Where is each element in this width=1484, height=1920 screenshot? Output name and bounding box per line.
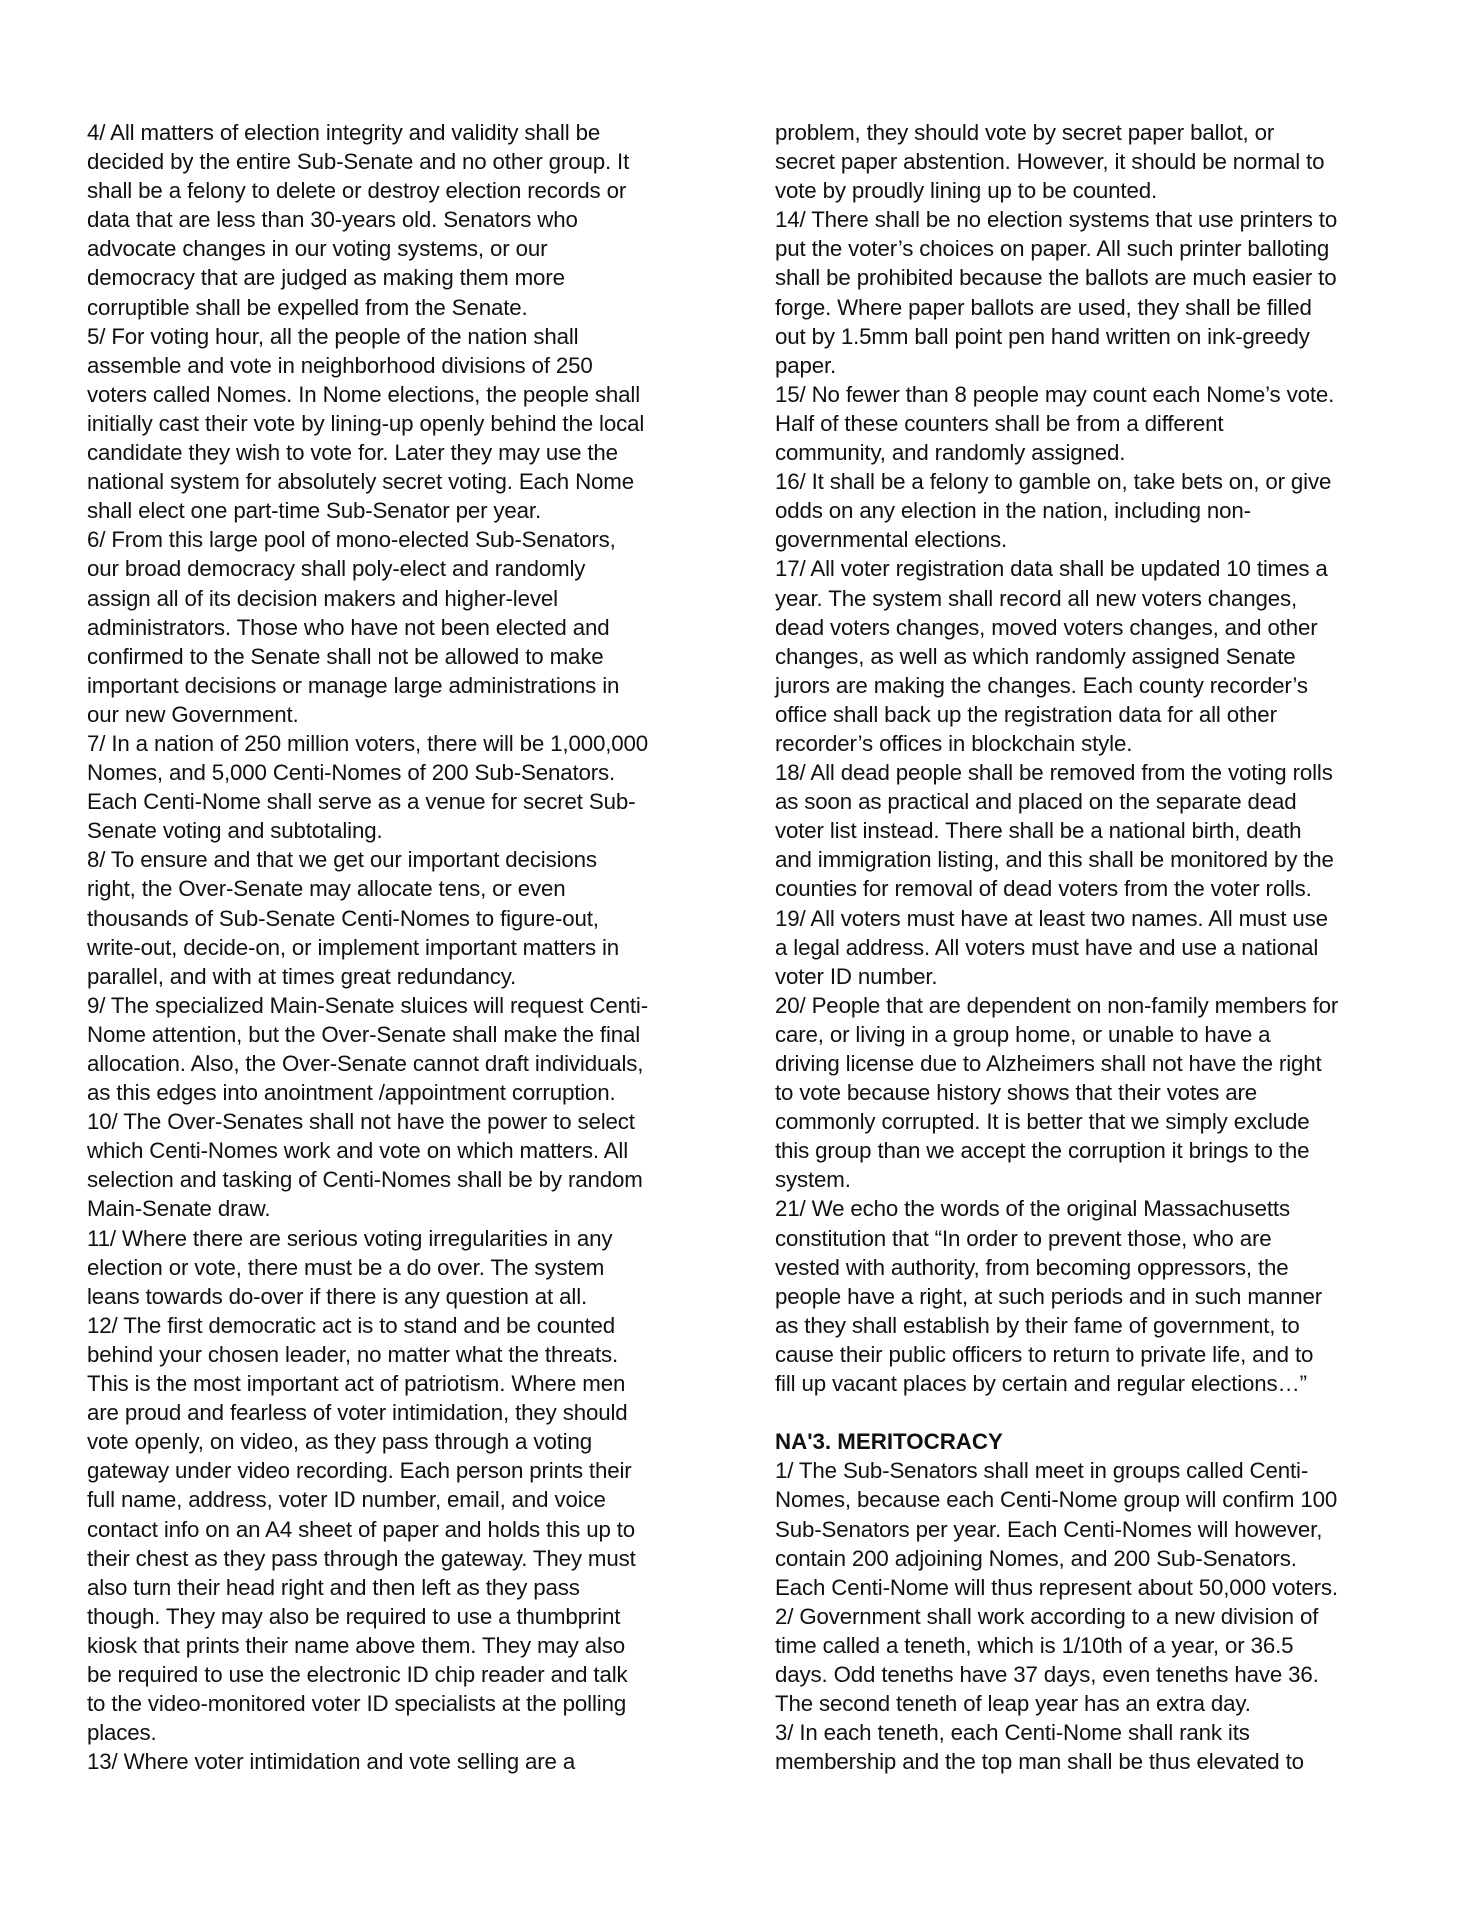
right-column: problem, they should vote by secret pape…: [775, 118, 1405, 1776]
text-line: 15/ No fewer than 8 people may count eac…: [775, 380, 1405, 409]
text-line: vested with authority, from becoming opp…: [775, 1253, 1405, 1282]
text-line: national system for absolutely secret vo…: [87, 467, 717, 496]
text-line: administrators. Those who have not been …: [87, 613, 717, 642]
text-line: voter ID number.: [775, 962, 1405, 991]
text-line: assemble and vote in neighborhood divisi…: [87, 351, 717, 380]
text-line: are proud and fearless of voter intimida…: [87, 1398, 717, 1427]
text-line: This is the most important act of patrio…: [87, 1369, 717, 1398]
text-line: 19/ All voters must have at least two na…: [775, 904, 1405, 933]
text-line: kiosk that prints their name above them.…: [87, 1631, 717, 1660]
text-line: our new Government.: [87, 700, 717, 729]
text-line: allocation. Also, the Over-Senate cannot…: [87, 1049, 717, 1078]
text-line: 10/ The Over-Senates shall not have the …: [87, 1107, 717, 1136]
right-column-body-after-heading: 1/ The Sub-Senators shall meet in groups…: [775, 1456, 1405, 1776]
text-line: secret paper abstention. However, it sho…: [775, 147, 1405, 176]
text-line: voters called Nomes. In Nome elections, …: [87, 380, 717, 409]
text-line: confirmed to the Senate shall not be all…: [87, 642, 717, 671]
document-page: 4/ All matters of election integrity and…: [0, 0, 1484, 1920]
text-line: contain 200 adjoining Nomes, and 200 Sub…: [775, 1544, 1405, 1573]
text-line: Nomes, because each Centi-Nome group wil…: [775, 1485, 1405, 1514]
text-line: 18/ All dead people shall be removed fro…: [775, 758, 1405, 787]
text-line: 4/ All matters of election integrity and…: [87, 118, 717, 147]
text-line: decided by the entire Sub-Senate and no …: [87, 147, 717, 176]
text-line: The second teneth of leap year has an ex…: [775, 1689, 1405, 1718]
text-line: constitution that “In order to prevent t…: [775, 1224, 1405, 1253]
text-line: gateway under video recording. Each pers…: [87, 1456, 717, 1485]
text-line: Each Centi-Nome shall serve as a venue f…: [87, 787, 717, 816]
text-line: forge. Where paper ballots are used, the…: [775, 293, 1405, 322]
right-column-body-before-heading: problem, they should vote by secret pape…: [775, 118, 1405, 1398]
text-line: their chest as they pass through the gat…: [87, 1544, 717, 1573]
text-line: 6/ From this large pool of mono-elected …: [87, 525, 717, 554]
text-line: which Centi-Nomes work and vote on which…: [87, 1136, 717, 1165]
text-line: important decisions or manage large admi…: [87, 671, 717, 700]
text-line: voter list instead. There shall be a nat…: [775, 816, 1405, 845]
text-line: Nome attention, but the Over-Senate shal…: [87, 1020, 717, 1049]
text-line: and immigration listing, and this shall …: [775, 845, 1405, 874]
text-line: system.: [775, 1165, 1405, 1194]
text-line: 3/ In each teneth, each Centi-Nome shall…: [775, 1718, 1405, 1747]
text-line: governmental elections.: [775, 525, 1405, 554]
text-line: as soon as practical and placed on the s…: [775, 787, 1405, 816]
text-line: write-out, decide-on, or implement impor…: [87, 933, 717, 962]
text-line: driving license due to Alzheimers shall …: [775, 1049, 1405, 1078]
text-line: membership and the top man shall be thus…: [775, 1747, 1405, 1776]
text-line: 16/ It shall be a felony to gamble on, t…: [775, 467, 1405, 496]
text-line: 8/ To ensure and that we get our importa…: [87, 845, 717, 874]
text-line: paper.: [775, 351, 1405, 380]
text-line: 11/ Where there are serious voting irreg…: [87, 1224, 717, 1253]
text-line: people have a right, at such periods and…: [775, 1282, 1405, 1311]
text-line: also turn their head right and then left…: [87, 1573, 717, 1602]
text-line: right, the Over-Senate may allocate tens…: [87, 874, 717, 903]
text-line: vote openly, on video, as they pass thro…: [87, 1427, 717, 1456]
text-line: Half of these counters shall be from a d…: [775, 409, 1405, 438]
text-line: 17/ All voter registration data shall be…: [775, 554, 1405, 583]
text-line: behind your chosen leader, no matter wha…: [87, 1340, 717, 1369]
text-line: 13/ Where voter intimidation and vote se…: [87, 1747, 717, 1776]
text-line: community, and randomly assigned.: [775, 438, 1405, 467]
text-line: leans towards do-over if there is any qu…: [87, 1282, 717, 1311]
text-line: vote by proudly lining up to be counted.: [775, 176, 1405, 205]
text-line: Nomes, and 5,000 Centi-Nomes of 200 Sub-…: [87, 758, 717, 787]
left-column: 4/ All matters of election integrity and…: [87, 118, 717, 1776]
text-line: counties for removal of dead voters from…: [775, 874, 1405, 903]
text-line: recorder’s offices in blockchain style.: [775, 729, 1405, 758]
text-line: initially cast their vote by lining-up o…: [87, 409, 717, 438]
text-line: 12/ The first democratic act is to stand…: [87, 1311, 717, 1340]
text-line: 7/ In a nation of 250 million voters, th…: [87, 729, 717, 758]
text-line: year. The system shall record all new vo…: [775, 584, 1405, 613]
text-line: days. Odd teneths have 37 days, even ten…: [775, 1660, 1405, 1689]
text-line: full name, address, voter ID number, ema…: [87, 1485, 717, 1514]
text-line: assign all of its decision makers and hi…: [87, 584, 717, 613]
text-line: 9/ The specialized Main-Senate sluices w…: [87, 991, 717, 1020]
text-line: advocate changes in our voting systems, …: [87, 234, 717, 263]
text-line: places.: [87, 1718, 717, 1747]
text-line: Main-Senate draw.: [87, 1194, 717, 1223]
text-line: candidate they wish to vote for. Later t…: [87, 438, 717, 467]
text-line: odds on any election in the nation, incl…: [775, 496, 1405, 525]
text-line: changes, as well as which randomly assig…: [775, 642, 1405, 671]
text-line: data that are less than 30-years old. Se…: [87, 205, 717, 234]
text-line: shall be prohibited because the ballots …: [775, 263, 1405, 292]
text-line: 1/ The Sub-Senators shall meet in groups…: [775, 1456, 1405, 1485]
text-line: parallel, and with at times great redund…: [87, 962, 717, 991]
text-line: 21/ We echo the words of the original Ma…: [775, 1194, 1405, 1223]
text-line: selection and tasking of Centi-Nomes sha…: [87, 1165, 717, 1194]
spacer: [775, 1398, 1405, 1427]
text-line: to the video-monitored voter ID speciali…: [87, 1689, 717, 1718]
text-line: commonly corrupted. It is better that we…: [775, 1107, 1405, 1136]
text-line: 20/ People that are dependent on non-fam…: [775, 991, 1405, 1020]
text-line: care, or living in a group home, or unab…: [775, 1020, 1405, 1049]
text-line: problem, they should vote by secret pape…: [775, 118, 1405, 147]
text-line: our broad democracy shall poly-elect and…: [87, 554, 717, 583]
text-line: 14/ There shall be no election systems t…: [775, 205, 1405, 234]
text-line: shall elect one part-time Sub-Senator pe…: [87, 496, 717, 525]
text-line: time called a teneth, which is 1/10th of…: [775, 1631, 1405, 1660]
text-line: shall be a felony to delete or destroy e…: [87, 176, 717, 205]
text-line: jurors are making the changes. Each coun…: [775, 671, 1405, 700]
text-line: a legal address. All voters must have an…: [775, 933, 1405, 962]
text-line: as this edges into anointment /appointme…: [87, 1078, 717, 1107]
text-line: though. They may also be required to use…: [87, 1602, 717, 1631]
text-line: Each Centi-Nome will thus represent abou…: [775, 1573, 1405, 1602]
text-line: contact info on an A4 sheet of paper and…: [87, 1515, 717, 1544]
text-line: thousands of Sub-Senate Centi-Nomes to f…: [87, 904, 717, 933]
text-line: as they shall establish by their fame of…: [775, 1311, 1405, 1340]
text-line: Sub-Senators per year. Each Centi-Nomes …: [775, 1515, 1405, 1544]
text-line: cause their public officers to return to…: [775, 1340, 1405, 1369]
text-line: this group than we accept the corruption…: [775, 1136, 1405, 1165]
section-heading: NA'3. MERITOCRACY: [775, 1427, 1405, 1456]
text-line: out by 1.5mm ball point pen hand written…: [775, 322, 1405, 351]
text-line: be required to use the electronic ID chi…: [87, 1660, 717, 1689]
text-line: corruptible shall be expelled from the S…: [87, 293, 717, 322]
text-line: fill up vacant places by certain and reg…: [775, 1369, 1405, 1398]
text-line: put the voter’s choices on paper. All su…: [775, 234, 1405, 263]
text-line: 5/ For voting hour, all the people of th…: [87, 322, 717, 351]
text-line: Senate voting and subtotaling.: [87, 816, 717, 845]
text-line: to vote because history shows that their…: [775, 1078, 1405, 1107]
text-line: democracy that are judged as making them…: [87, 263, 717, 292]
text-line: election or vote, there must be a do ove…: [87, 1253, 717, 1282]
text-line: office shall back up the registration da…: [775, 700, 1405, 729]
text-line: dead voters changes, moved voters change…: [775, 613, 1405, 642]
text-line: 2/ Government shall work according to a …: [775, 1602, 1405, 1631]
